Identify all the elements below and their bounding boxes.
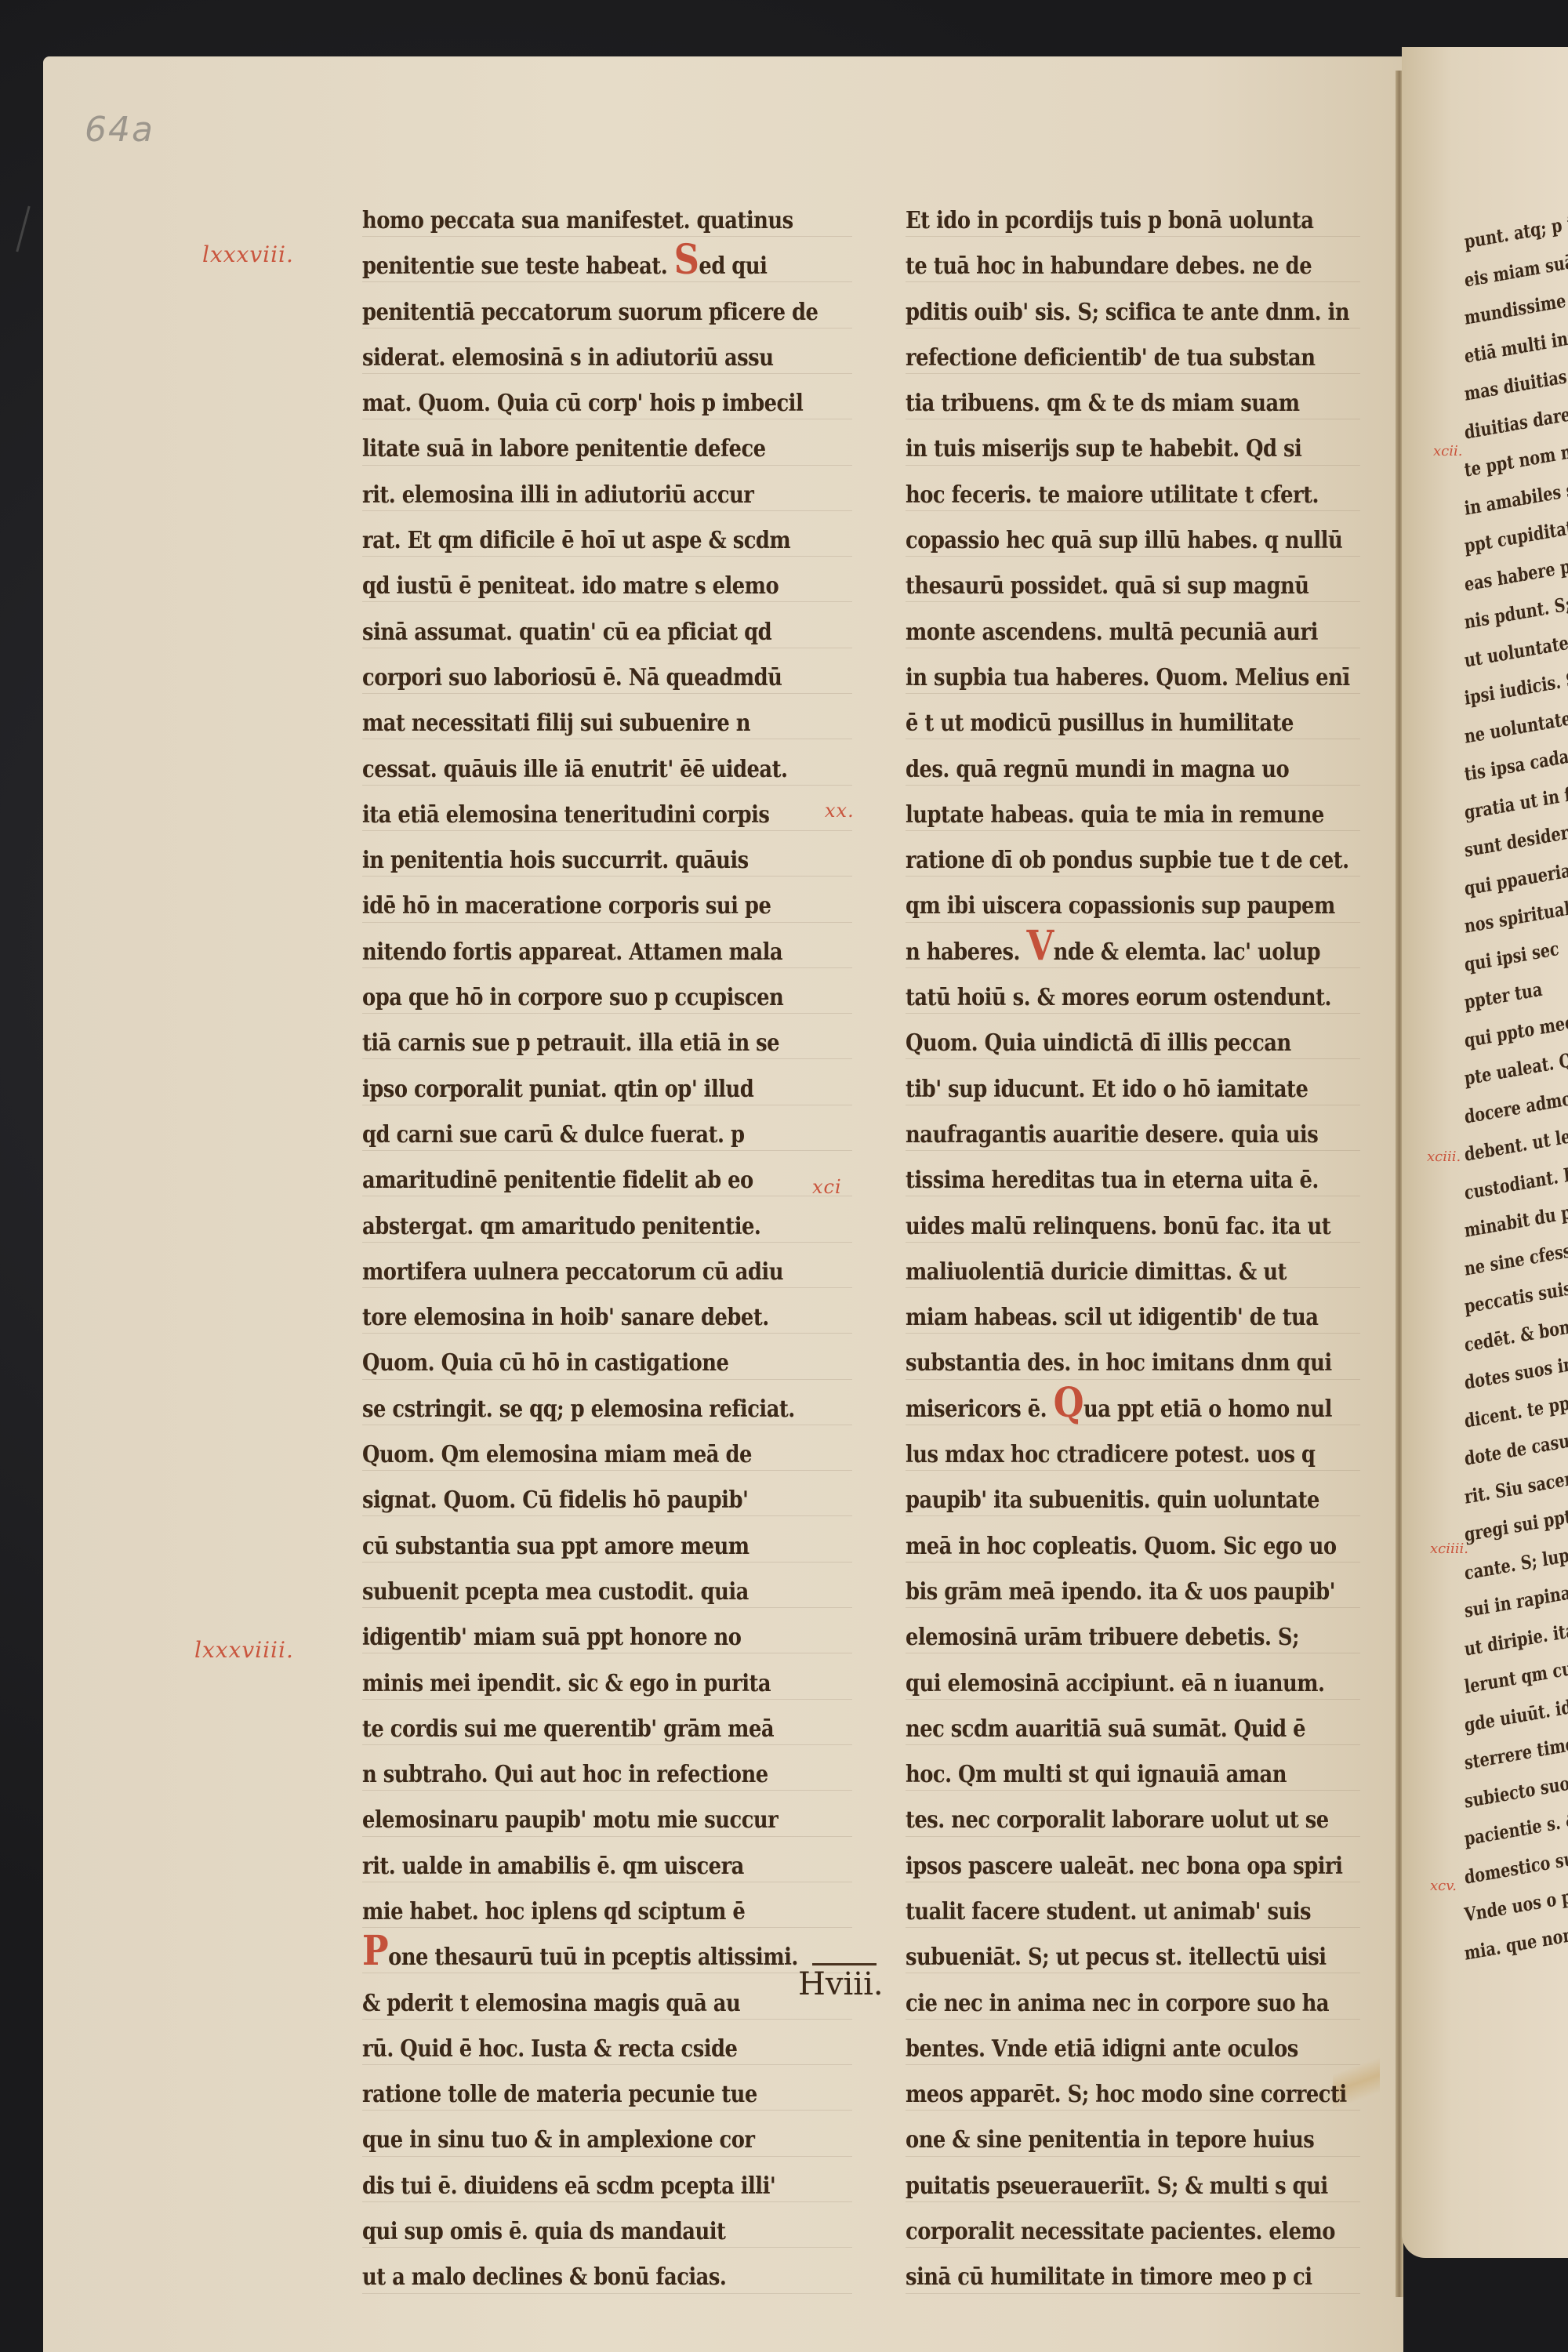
manuscript-text-line: tia tribuens. qm & te ds miam suam [906,381,1297,426]
manuscript-text-line: siderat. elemosinā s in adiutoriū assu [362,336,784,381]
folio-number: 64a [85,110,154,150]
chapter-number-rubric: xcv. [1430,1878,1457,1894]
chapter-number-rubric: xciiii. [1430,1541,1468,1557]
manuscript-text-line: corpori suo laboriosū ē. Nā queadmdū [362,655,784,701]
chapter-number-rubric: lxxxviii. [202,241,294,267]
decorated-initial: V [1026,922,1053,970]
manuscript-text-line: copassio hec quā sup illū habes. q nullū [906,518,1297,564]
manuscript-text-line: in supbia tua haberes. Quom. Melius enī [906,655,1297,701]
manuscript-text-line: litate suā in labore penitentie defece [362,426,784,472]
chapter-number-rubric: xcii. [1433,443,1462,459]
manuscript-text-line: luptate habeas. quia te mia in remune [906,793,1297,838]
decorated-initial: P [362,1927,388,1975]
manuscript-text-line: tiā carnis sue p petrauit. illa etiā in … [362,1021,784,1066]
manuscript-text-line: in tuis miserijs sup te habebit. Qd si [906,426,1297,472]
manuscript-text-line: ut a malo declines & bonū facias. [362,2255,784,2300]
manuscript-text-line: refectione deficientib' de tua substan [906,336,1297,381]
manuscript-text-line: qui sup omis ē. quia ds mandauit [362,2209,784,2255]
manuscript-text-line: rit. ualde in amabilis ē. qm uiscera [362,1844,784,1889]
manuscript-text-line: uides malū relinquens. bonū fac. ita ut [906,1204,1297,1250]
manuscript-text-line: que in sinu tuo & in amplexione cor [362,2118,784,2163]
right-page-text: punt. atq; p illis oraeis miam suā ipend… [1465,223,1568,1973]
manuscript-text-line: maliuolentiā duricie dimittas. & ut [906,1250,1297,1295]
manuscript-text-line: Quom. Quia uindictā dī illis peccan [906,1021,1297,1066]
manuscript-text-line: tualit facere student. ut animab' suis [906,1889,1297,1935]
manuscript-text-line: ē t ut modicū pusillus in humilitate [906,701,1297,746]
manuscript-text-line: abstergat. qm amaritudo penitentie. [362,1204,784,1250]
manuscript-text-line: one & sine penitentia in tepore huius [906,2118,1297,2163]
manuscript-text-line: des. quā regnū mundi in magna uo [906,747,1297,793]
manuscript-text-line: mat necessitati filij sui subuenire n [362,701,784,746]
manuscript-text-line: bis grām meā ipendo. ita & uos paupib' [906,1570,1297,1615]
manuscript-text-line: signat. Quom. Cū fidelis hō paupib' [362,1478,784,1523]
manuscript-text-line: rat. Et qm dificile ē hoī ut aspe & scdm [362,518,784,564]
manuscript-text-line: lus mdax hoc ctradicere potest. uos q [906,1432,1297,1478]
manuscript-text-line: qd iustū ē peniteat. ido matre s elemo [362,564,784,609]
manuscript-text-line: elemosinaru paupib' motu mie succur [362,1798,784,1843]
manuscript-text-line: tes. nec corporalit laborare uolut ut se [906,1798,1297,1843]
manuscript-text-line: tissima hereditas tua in eterna uita ē. [906,1158,1297,1203]
manuscript-text-line: tib' sup iducunt. Et ido o hō iamitate [906,1067,1297,1112]
manuscript-text-line: in penitentia hois succurrit. quāuis [362,838,784,884]
manuscript-text-line: & pderit t elemosina magis quā au [362,1981,784,2027]
manuscript-text-line: se cstringit. se qq; p elemosina reficia… [362,1387,784,1432]
manuscript-text-line: pditis ouib' sis. S; scifica te ante dnm… [906,290,1297,336]
manuscript-text-line: misericors ē. Qua ppt etiā o homo nul [906,1387,1297,1432]
manuscript-text-line: Et ido in pcordijs tuis p bonā uolunta [906,198,1297,244]
manuscript-text-line: n subtraho. Qui aut hoc in refectione [362,1752,784,1798]
manuscript-text-line: naufragantis auaritie desere. quia uis [906,1112,1297,1158]
manuscript-text-line: minis mei ipendit. sic & ego in purita [362,1661,784,1707]
manuscript-text-line: nitendo fortis appareat. Attamen mala [362,930,784,975]
manuscript-page-right-edge: punt. atq; p illis oraeis miam suā ipend… [1402,47,1568,2258]
manuscript-text-line: idē hō in maceratione corporis sui pe [362,884,784,929]
manuscript-text-line: amaritudinē penitentie fidelit ab eo [362,1158,784,1203]
manuscript-text-line: tatū hoiū s. & mores eorum ostendunt. [906,975,1297,1021]
manuscript-text-line: n haberes. Vnde & elemta. lac' uolup [906,930,1297,975]
manuscript-text-line: penitentiā peccatorum suorum pficere de [362,290,784,336]
manuscript-text-line: monte ascendens. multā pecuniā auri [906,610,1297,655]
manuscript-text-line: subuenit pcepta mea custodit. quia [362,1570,784,1615]
manuscript-text-line: bentes. Vnde etiā idigni ante oculos [906,2027,1297,2072]
manuscript-text-line: meos apparēt. S; hoc modo sine correcti [906,2072,1297,2118]
manuscript-text-line: opa que hō in corpore suo p ccupiscen [362,975,784,1021]
manuscript-text-line: penitentie sue teste habeat. Sed qui [362,244,784,289]
manuscript-text-line: elemosinā urām tribuere debetis. S; [906,1615,1297,1661]
manuscript-text-line: qm ibi uiscera copassionis sup paupem [906,884,1297,929]
manuscript-text-line: rū. Quid ē hoc. Iusta & recta cside [362,2027,784,2072]
manuscript-text-line: sinā cū humilitate in timore meo p ci [906,2255,1297,2300]
manuscript-text-line: ratione tolle de materia pecunie tue [362,2072,784,2118]
manuscript-text-line: Quom. Quia cū hō in castigatione [362,1341,784,1386]
manuscript-text-line: hoc. Qm multi st qui ignauiā aman [906,1752,1297,1798]
chapter-number-rubric: xciii. [1427,1149,1461,1165]
manuscript-text-line: mortifera uulnera peccatorum cū adiu [362,1250,784,1295]
manuscript-text-line: sinā assumat. quatin' cū ea pficiat qd [362,610,784,655]
manuscript-text-line: mat. Quom. Quia cū corp' hois p imbecil [362,381,784,426]
manuscript-text-line: cessat. quāuis ille iā enutrit' ēē uidea… [362,747,784,793]
manuscript-text-line: paupib' ita subuenitis. quin uoluntate [906,1478,1297,1523]
manuscript-text-line: qui elemosinā accipiunt. eā n iuanum. [906,1661,1297,1707]
quire-signature-mark: Hviii. [798,1966,884,2002]
manuscript-text-line: qd carni sue carū & dulce fuerat. p [362,1112,784,1158]
manuscript-text-line: ratione dī ob pondus supbie tue t de cet… [906,838,1297,884]
decorated-initial: S [674,236,699,284]
manuscript-text-line: miam habeas. scil ut idigentib' de tua [906,1295,1297,1341]
marginal-marker-rubric: xx. [825,800,855,822]
manuscript-text-line: ipso corporalit puniat. qtin op' illud [362,1067,784,1112]
decorated-initial: Q [1054,1379,1083,1427]
marginal-marker-rubric: xci [812,1176,842,1198]
text-column-1: homo peccata sua manifestet. quatinuspen… [362,198,852,2301]
text-column-2: Et ido in pcordijs tuis p bonā uoluntate… [906,198,1360,2301]
manuscript-text-line: ita etiā elemosina teneritudini corpis [362,793,784,838]
manuscript-text-line: meā in hoc copleatis. Quom. Sic ego uo [906,1524,1297,1570]
manuscript-text-line: cie nec in anima nec in corpore suo ha [906,1981,1297,2027]
manuscript-text-line: corporalit necessitate pacientes. elemo [906,2209,1297,2255]
manuscript-text-line: dis tui ē. diuidens eā scdm pcepta illi' [362,2164,784,2209]
manuscript-text-line: mie habet. hoc iplens qd sciptum ē [362,1889,784,1935]
chapter-number-rubric: lxxxviiii. [194,1637,294,1663]
manuscript-text-line: thesaurū possidet. quā si sup magnū [906,564,1297,609]
manuscript-text-line: homo peccata sua manifestet. quatinus [362,198,784,244]
manuscript-text-line: tore elemosina in hoib' sanare debet. [362,1295,784,1341]
manuscript-text-line: rit. elemosina illi in adiutoriū accur [362,473,784,518]
manuscript-text-line: nec scdm auaritiā suā sumāt. Quid ē [906,1707,1297,1752]
manuscript-text-line: hoc feceris. te maiore utilitate t cfert… [906,473,1297,518]
manuscript-text-line: te cordis sui me querentib' grām meā [362,1707,784,1752]
manuscript-text-line: substantia des. in hoc imitans dnm qui [906,1341,1297,1386]
manuscript-text-line: te tuā hoc in habundare debes. ne de [906,244,1297,289]
manuscript-text-line: idigentib' miam suā ppt honore no [362,1615,784,1661]
manuscript-text-line: cū substantia sua ppt amore meum [362,1524,784,1570]
manuscript-text-line: puitatis pseueraueriīt. S; & multi s qui [906,2164,1297,2209]
manuscript-text-line: Pone thesaurū tuū in pceptis altissimi. [362,1935,784,1980]
manuscript-text-line: ipsos pascere ualeāt. nec bona opa spiri [906,1844,1297,1889]
manuscript-text-line: Quom. Qm elemosina miam meā de [362,1432,784,1478]
manuscript-text-line: subueniāt. S; ut pecus st. itellectū uis… [906,1935,1297,1980]
